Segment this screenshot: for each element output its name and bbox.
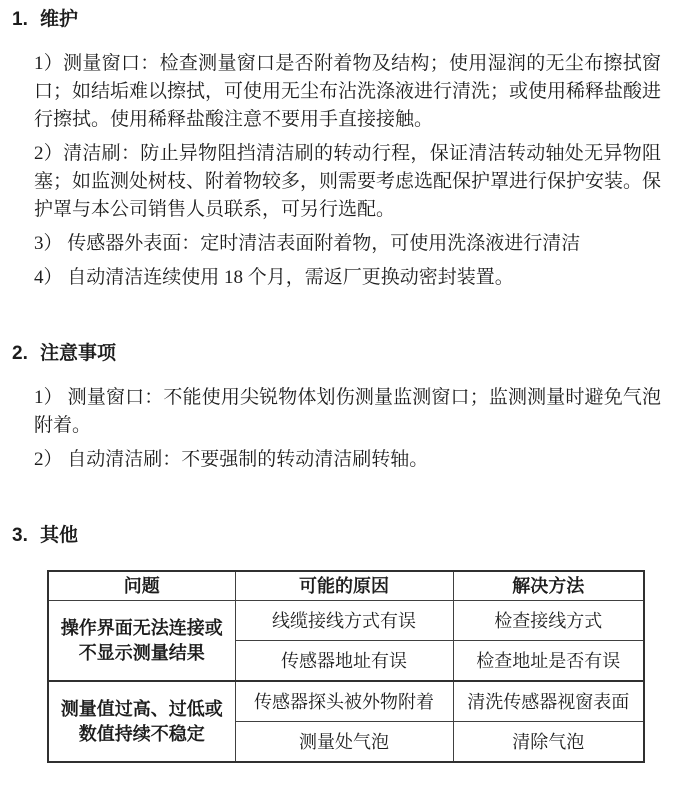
column-header-solution: 解决方法 (453, 571, 644, 601)
maintenance-paragraph-auto-clean: 4） 自动清洁连续使用 18 个月，需返厂更换动密封装置。 (34, 264, 661, 292)
cause-cell: 传感器探头被外物附着 (235, 681, 453, 722)
section-number: 2. (12, 342, 40, 366)
solution-cell: 检查地址是否有误 (453, 641, 644, 682)
maintenance-paragraph-measuring-window: 1）测量窗口：检查测量窗口是否附着物及结构；使用湿润的无尘布擦拭窗口；如结垢难以… (34, 50, 661, 134)
cause-cell: 线缆接线方式有误 (235, 601, 453, 641)
solution-cell: 检查接线方式 (453, 601, 644, 641)
section-title: 其他 (40, 524, 78, 548)
section-other: 3. 其他 问题 可能的原因 解决方法 操作界面无法连接或不显示测量结果 线缆接… (0, 524, 683, 763)
table-row: 测量值过高、过低或数值持续不稳定 传感器探头被外物附着 清洗传感器视窗表面 (48, 681, 644, 722)
problem-cell-connection: 操作界面无法连接或不显示测量结果 (48, 601, 235, 682)
section-maintenance: 1. 维护 1）测量窗口：检查测量窗口是否附着物及结构；使用湿润的无尘布擦拭窗口… (0, 8, 683, 292)
cause-cell: 传感器地址有误 (235, 641, 453, 682)
section-title: 注意事项 (40, 342, 116, 366)
section-number: 3. (12, 524, 40, 548)
table-row: 操作界面无法连接或不显示测量结果 线缆接线方式有误 检查接线方式 (48, 601, 644, 641)
column-header-cause: 可能的原因 (235, 571, 453, 601)
problem-cell-measurement: 测量值过高、过低或数值持续不稳定 (48, 681, 235, 762)
section-heading-other: 3. 其他 (0, 524, 683, 548)
cause-cell: 测量处气泡 (235, 722, 453, 763)
section-precautions: 2. 注意事项 1） 测量窗口：不能使用尖锐物体划伤测量监测窗口；监测测量时避免… (0, 342, 683, 474)
solution-cell: 清除气泡 (453, 722, 644, 763)
table-header-row: 问题 可能的原因 解决方法 (48, 571, 644, 601)
document-page: 1. 维护 1）测量窗口：检查测量窗口是否附着物及结构；使用湿润的无尘布擦拭窗口… (0, 0, 683, 790)
section-heading-maintenance: 1. 维护 (0, 8, 683, 32)
section-title: 维护 (40, 8, 78, 32)
troubleshooting-table: 问题 可能的原因 解决方法 操作界面无法连接或不显示测量结果 线缆接线方式有误 … (47, 570, 645, 763)
solution-cell: 清洗传感器视窗表面 (453, 681, 644, 722)
precaution-paragraph-auto-brush: 2） 自动清洁刷：不要强制的转动清洁刷转轴。 (34, 446, 661, 474)
section-number: 1. (12, 8, 40, 32)
column-header-problem: 问题 (48, 571, 235, 601)
maintenance-paragraph-sensor-surface: 3） 传感器外表面：定时清洁表面附着物，可使用洗涤液进行清洁 (34, 230, 661, 258)
maintenance-paragraph-cleaning-brush: 2）清洁刷：防止异物阻挡清洁刷的转动行程，保证清洁转动轴处无异物阻塞；如监测处树… (34, 140, 661, 224)
precaution-paragraph-measuring-window: 1） 测量窗口：不能使用尖锐物体划伤测量监测窗口；监测测量时避免气泡附着。 (34, 384, 661, 440)
section-heading-precautions: 2. 注意事项 (0, 342, 683, 366)
